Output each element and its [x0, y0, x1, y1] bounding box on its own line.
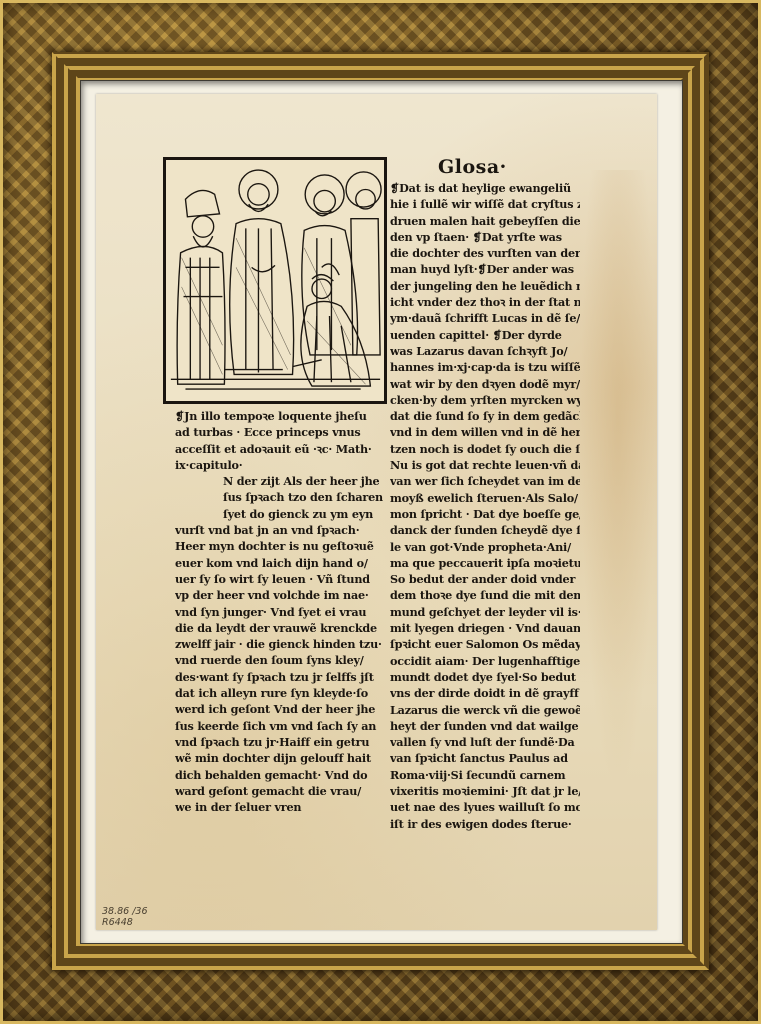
text-line: vns der dirde doidt in dẽ grayff — [390, 685, 580, 701]
glosa-heading: Glosa· — [438, 156, 507, 178]
text-line: ma que peccauerit ipſa moꝛietur· — [390, 555, 580, 571]
text-line: Heer myn dochter is nu geſtoꝛuẽ — [175, 538, 385, 554]
text-line: iſt ir des ewigen dodes ſterue· — [390, 816, 580, 832]
text-line: hannes im·xj·cap·da is tzu wiſſẽ — [390, 359, 580, 375]
text-line: ſyet do gienck zu ym eyn — [175, 506, 385, 522]
text-line: der jungeling den he leuẽdich ma — [390, 278, 580, 294]
text-line: van ſpꝛicht ſanctus Paulus ad — [390, 750, 580, 766]
text-line: acceſſit et adoꝛauit eũ ·ꝛc· Math· — [175, 441, 385, 457]
text-line: wẽ min dochter dijn gelouff hait — [175, 750, 385, 766]
text-line: icht vnder dez thoꝛ in der ſtat na/ — [390, 294, 580, 310]
text-line: vnd in dem willen vnd in dẽ her — [390, 424, 580, 440]
text-line: uet nae des lyues wailluſt ſo mo/ — [390, 799, 580, 815]
text-line: ym·dauã ſchrifft Lucas in dẽ ſe/ — [390, 310, 580, 326]
text-line: vnd ſpꝛach tzu jr·Haiff ein getru — [175, 734, 385, 750]
text-line: dich behalden gemacht· Vnd do — [175, 767, 385, 783]
text-line: vallen ſy vnd luſt der ſundẽ·Da — [390, 734, 580, 750]
text-line: mit lyegen driegen · Vnd dauan — [390, 620, 580, 636]
text-line: vixeritis moꝛiemini· Jſt dat jr le/ — [390, 783, 580, 799]
text-line: dem thoꝛe dye ſund die mit dem — [390, 587, 580, 603]
text-line: ix·capitulo· — [175, 457, 385, 473]
gospel-column: ❡Jn illo tempoꝛe loquente jheſuad turbas… — [175, 408, 385, 815]
text-line: Lazarus die werck vñ die gewoẽ — [390, 702, 580, 718]
text-line: hie i ſullẽ wir wiſſẽ dat cryſtus zu — [390, 196, 580, 212]
gloss-column: ❡Dat is dat heylige ewangeliũhie i ſullẽ… — [390, 180, 580, 832]
text-line: So bedut der ander doid vnder — [390, 571, 580, 587]
text-line: ❡Dat is dat heylige ewangeliũ — [390, 180, 580, 196]
text-line: heyt der ſunden vnd dat wailge — [390, 718, 580, 734]
text-line: vnd ſyn junger· Vnd ſyet ei vrau — [175, 604, 385, 620]
text-line: den vp ſtaen· ❡Dat yrſte was — [390, 229, 580, 245]
text-line: vnd ruerde den ſoum ſyns kley/ — [175, 652, 385, 668]
text-line: ward geſont gemacht die vrau/ — [175, 783, 385, 799]
text-line: ad turbas · Ecce princeps vnus — [175, 424, 385, 440]
text-line: zwelff jair · die gienck hinden tzu· — [175, 636, 385, 652]
text-line: die dochter des vurſten van der — [390, 245, 580, 261]
text-line: we in der ſeluer vren — [175, 799, 385, 815]
text-line: ❡Jn illo tempoꝛe loquente jheſu — [175, 408, 385, 424]
text-line: danck der ſunden ſcheydẽ dye ſye/ — [390, 522, 580, 538]
text-line: Nu is got dat rechte leuen·vñ da — [390, 457, 580, 473]
text-line: die da leydt der vrauwẽ krenckde — [175, 620, 385, 636]
text-line: Roma·viij·Si ſecundũ carnem — [390, 767, 580, 783]
text-line: werd ich geſont Vnd der heer jhe — [175, 701, 385, 717]
text-line: uenden capittel· ❡Der dyrde — [390, 327, 580, 343]
text-line: druen malen hait gebeyſſen die do — [390, 213, 580, 229]
text-line: vurſt vnd bat jn an vnd ſpꝛach· — [175, 522, 385, 538]
text-line: was Lazarus davan ſchꝛyft Jo/ — [390, 343, 580, 359]
text-line: tzen noch is dodet ſy ouch die ſyel — [390, 441, 580, 457]
text-line: cken·by dem yrſten myrcken wyr — [390, 392, 580, 408]
text-line: ſus keerde ſich vm vnd ſach ſy an — [175, 718, 385, 734]
text-line: ſus ſpꝛach tzo den ſcharen — [175, 489, 385, 505]
text-line: le van got·Vnde propheta·Ani/ — [390, 539, 580, 555]
text-line: dat die ſund ſo ſy in dem gedãck — [390, 408, 580, 424]
text-line: mon ſpricht · Dat dye boeſſe ge/ — [390, 506, 580, 522]
woodcut-figures-icon — [166, 160, 384, 401]
text-line: euer kom vnd laich dijn hand o/ — [175, 555, 385, 571]
text-line: wat wir by den dꝛyen dodẽ myr/ — [390, 376, 580, 392]
text-line: des·want ſy ſpꝛach tzu jr ſelffs jſt — [175, 669, 385, 685]
shelfmark-annotation: 38.86 /36 R6448 — [102, 906, 148, 928]
text-line: mundt dodet dye ſyel·So bedut — [390, 669, 580, 685]
text-line: occidit aiam· Der lugenhafftige — [390, 653, 580, 669]
text-line: ſpꝛicht euer Salomon Os mẽday — [390, 636, 580, 652]
text-line: van wer ſich ſcheydet van im der — [390, 473, 580, 489]
text-line: moyß ewelich ſteruen·Als Salo/ — [390, 490, 580, 506]
shelfmark-line-2: R6448 — [102, 917, 148, 928]
shelfmark-line-1: 38.86 /36 — [102, 906, 148, 917]
text-line: uer ſy ſo wirt ſy leuen · Vñ ſtund — [175, 571, 385, 587]
woodcut-illustration — [163, 157, 387, 404]
text-line: man huyd lyſt·❡Der ander was — [390, 261, 580, 277]
text-line: mund geſchyet der leyder vil is· — [390, 604, 580, 620]
text-line: vp der heer vnd volchde im nae· — [175, 587, 385, 603]
text-line: N der zijt Als der heer jhe — [175, 473, 385, 489]
text-line: dat ich alleyn rure ſyn kleyde·ſo — [175, 685, 385, 701]
